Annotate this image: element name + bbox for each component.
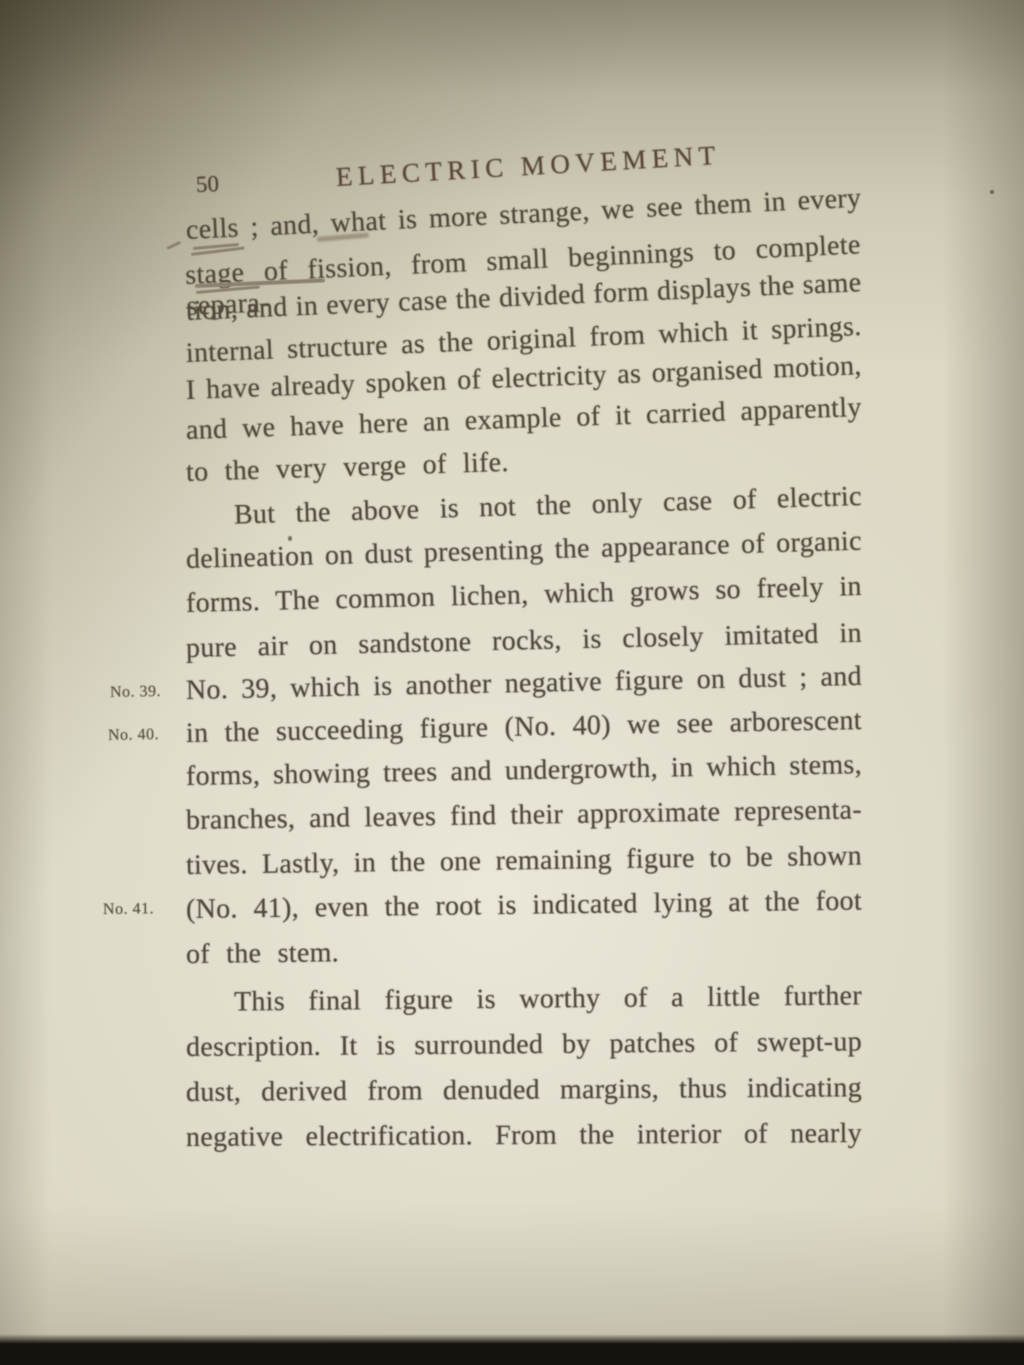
book-page: 50 ELECTRIC MOVEMENT cells ; and, what i… — [0, 0, 1024, 1352]
paper-speck — [990, 190, 994, 194]
running-header: ELECTRIC MOVEMENT — [335, 142, 692, 193]
text-line: forms, showing trees and undergrowth, in… — [186, 750, 862, 793]
text-line: pure air on sandstone rocks, is closely … — [186, 619, 863, 665]
margin-note-no-40: No. 40. — [108, 726, 159, 745]
margin-note-no-41: No. 41. — [103, 900, 154, 919]
text-line: negative electrification. From the inter… — [186, 1119, 862, 1154]
text-line: This final figure is worthy of a little … — [186, 981, 862, 1018]
text-line: of the stem. — [186, 932, 862, 970]
text-line: to the very verge of life. — [186, 437, 863, 489]
text-line: But the above is not the only case of el… — [186, 482, 863, 533]
text-line: in the succeeding figure (No. 40) we see… — [186, 706, 862, 750]
page-text-layer: 50 ELECTRIC MOVEMENT cells ; and, what i… — [0, 0, 1024, 1352]
text-line: branches, and leaves find their approxim… — [186, 795, 862, 836]
text-line: dust, derived from denuded margins, thus… — [186, 1073, 862, 1109]
text-line: tives. Lastly, in the one remaining figu… — [186, 842, 862, 882]
margin-note-no-39: No. 39. — [110, 683, 161, 702]
text-line: No. 39, which is another negative figure… — [186, 662, 862, 707]
paper-speck — [288, 536, 292, 541]
photo-backdrop-strip — [0, 1334, 1024, 1352]
text-line: (No. 41), even the root is indicated lyi… — [186, 887, 862, 926]
page-number: 50 — [195, 171, 219, 198]
text-line: delineation on dust presenting the appea… — [186, 527, 863, 576]
text-line: description. It is surrounded by patches… — [186, 1027, 862, 1063]
text-line: forms. The common lichen, which grows so… — [186, 572, 863, 620]
photo-of-book-page: 50 ELECTRIC MOVEMENT cells ; and, what i… — [0, 0, 1024, 1365]
